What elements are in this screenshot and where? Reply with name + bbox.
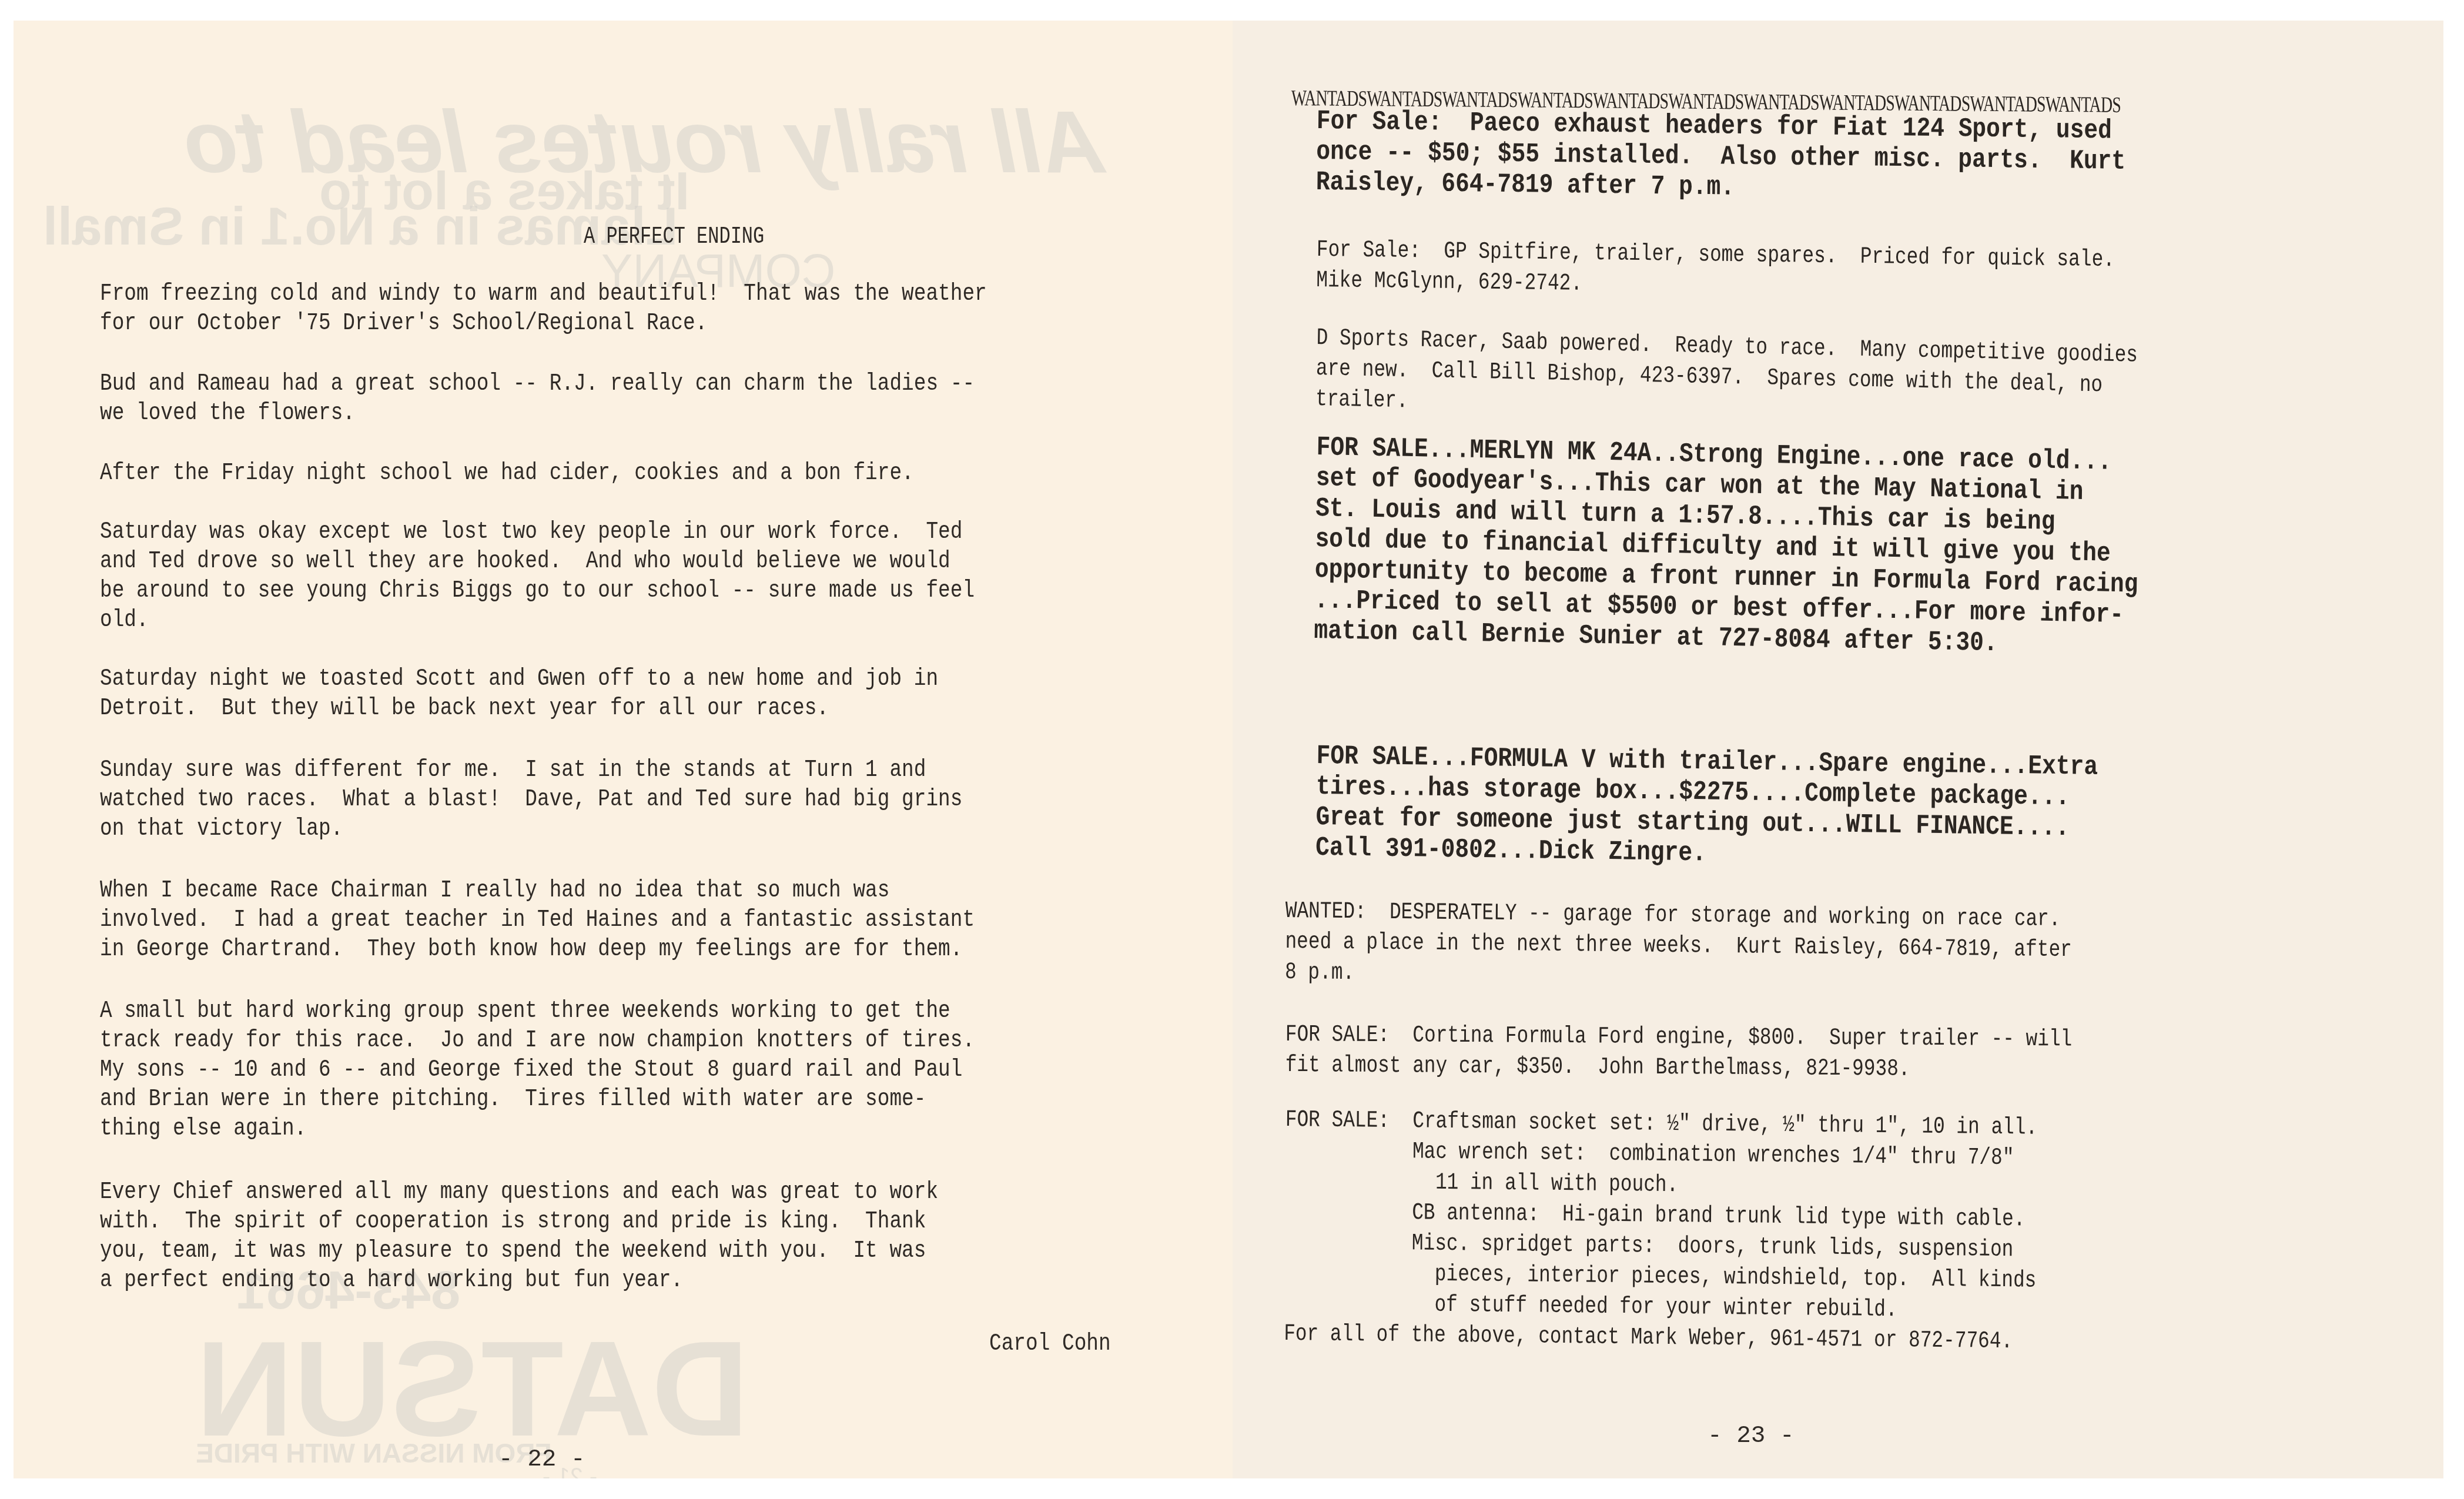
ad-line: fit almost any car, $350. John Barthelma… bbox=[1285, 1050, 2073, 1086]
article-paragraph: Every Chief answered all my many questio… bbox=[100, 1177, 938, 1295]
paragraph-line: be around to see young Chris Biggs go to… bbox=[100, 576, 975, 605]
paragraph-line: Detroit. But they will be back next year… bbox=[100, 694, 938, 723]
want-ad: For Sale: Paeco exhaust headers for Fiat… bbox=[1316, 106, 2126, 208]
paragraph-line: old. bbox=[100, 605, 975, 635]
paragraph-line: track ready for this race. Jo and I are … bbox=[100, 1026, 975, 1055]
paragraph-line: and Ted drove so well they are hooked. A… bbox=[100, 547, 975, 576]
paragraph-line: thing else again. bbox=[100, 1114, 975, 1143]
paragraph-line: you, team, it was my pleasure to spend t… bbox=[100, 1236, 938, 1266]
want-ad: FOR SALE: Cortina Formula Ford engine, $… bbox=[1285, 1020, 2073, 1086]
paragraph-line: watched two races. What a blast! Dave, P… bbox=[100, 785, 962, 814]
paragraph-line: in George Chartrand. They both know how … bbox=[100, 935, 975, 964]
paragraph-line: Sunday sure was different for me. I sat … bbox=[100, 755, 962, 785]
article-paragraph: A small but hard working group spent thr… bbox=[100, 996, 975, 1143]
paragraph-line: we loved the flowers. bbox=[100, 399, 975, 428]
article-paragraph: Sunday sure was different for me. I sat … bbox=[100, 755, 962, 844]
want-ad: For Sale: GP Spitfire, trailer, some spa… bbox=[1316, 235, 2115, 306]
page-number: - 22 - bbox=[498, 1446, 585, 1473]
paragraph-line: Saturday night we toasted Scott and Gwen… bbox=[100, 664, 938, 694]
ghost-text: Llamas in a No.1 in Small bbox=[43, 197, 678, 257]
paragraph-line: for our October '75 Driver's School/Regi… bbox=[100, 309, 987, 338]
paragraph-line: and Brian were in there pitching. Tires … bbox=[100, 1085, 975, 1114]
paragraph-line: My sons -- 10 and 6 -- and George fixed … bbox=[100, 1055, 975, 1085]
ad-line: FOR SALE: Cortina Formula Ford engine, $… bbox=[1285, 1020, 2073, 1056]
paragraph-line: From freezing cold and windy to warm and… bbox=[100, 279, 987, 309]
left-page: All rally routes lead to It takes a lot … bbox=[14, 21, 1233, 1478]
paragraph-line: with. The spirit of cooperation is stron… bbox=[100, 1207, 938, 1236]
paragraph-line: Bud and Rameau had a great school -- R.J… bbox=[100, 369, 975, 399]
paragraph-line: a perfect ending to a hard working but f… bbox=[100, 1266, 938, 1295]
paragraph-line: After the Friday night school we had cid… bbox=[100, 459, 914, 488]
want-ad: FOR SALE...FORMULA V with trailer...Spar… bbox=[1315, 741, 2098, 874]
article-paragraph: From freezing cold and windy to warm and… bbox=[100, 279, 987, 338]
article-paragraph: Saturday night we toasted Scott and Gwen… bbox=[100, 664, 938, 723]
article-paragraph: After the Friday night school we had cid… bbox=[100, 459, 914, 488]
article-paragraph: When I became Race Chairman I really had… bbox=[100, 876, 975, 964]
paragraph-line: on that victory lap. bbox=[100, 814, 962, 844]
want-ad: D Sports Racer, Saab powered. Ready to r… bbox=[1315, 323, 2138, 433]
article-title: A PERFECT ENDING bbox=[584, 224, 764, 250]
page-number: - 23 - bbox=[1708, 1423, 1795, 1450]
want-ad: WANTED: DESPERATELY -- garage for storag… bbox=[1285, 896, 2073, 996]
author-signature: Carol Cohn bbox=[989, 1330, 1111, 1357]
paragraph-line: When I became Race Chairman I really had… bbox=[100, 876, 975, 905]
paragraph-line: involved. I had a great teacher in Ted H… bbox=[100, 905, 975, 935]
paragraph-line: Saturday was okay except we lost two key… bbox=[100, 517, 975, 547]
paragraph-line: Every Chief answered all my many questio… bbox=[100, 1177, 938, 1207]
want-ad: FOR SALE: Craftsman socket set: ½" drive… bbox=[1284, 1105, 2037, 1358]
right-page: WANTADSWANTADSWANTADSWANTADSWANTADSWANTA… bbox=[1233, 21, 2443, 1478]
paragraph-line: A small but hard working group spent thr… bbox=[100, 996, 975, 1026]
want-ad: FOR SALE...MERLYN MK 24A..Strong Engine.… bbox=[1314, 432, 2140, 661]
article-paragraph: Saturday was okay except we lost two key… bbox=[100, 517, 975, 635]
article-paragraph: Bud and Rameau had a great school -- R.J… bbox=[100, 369, 975, 428]
